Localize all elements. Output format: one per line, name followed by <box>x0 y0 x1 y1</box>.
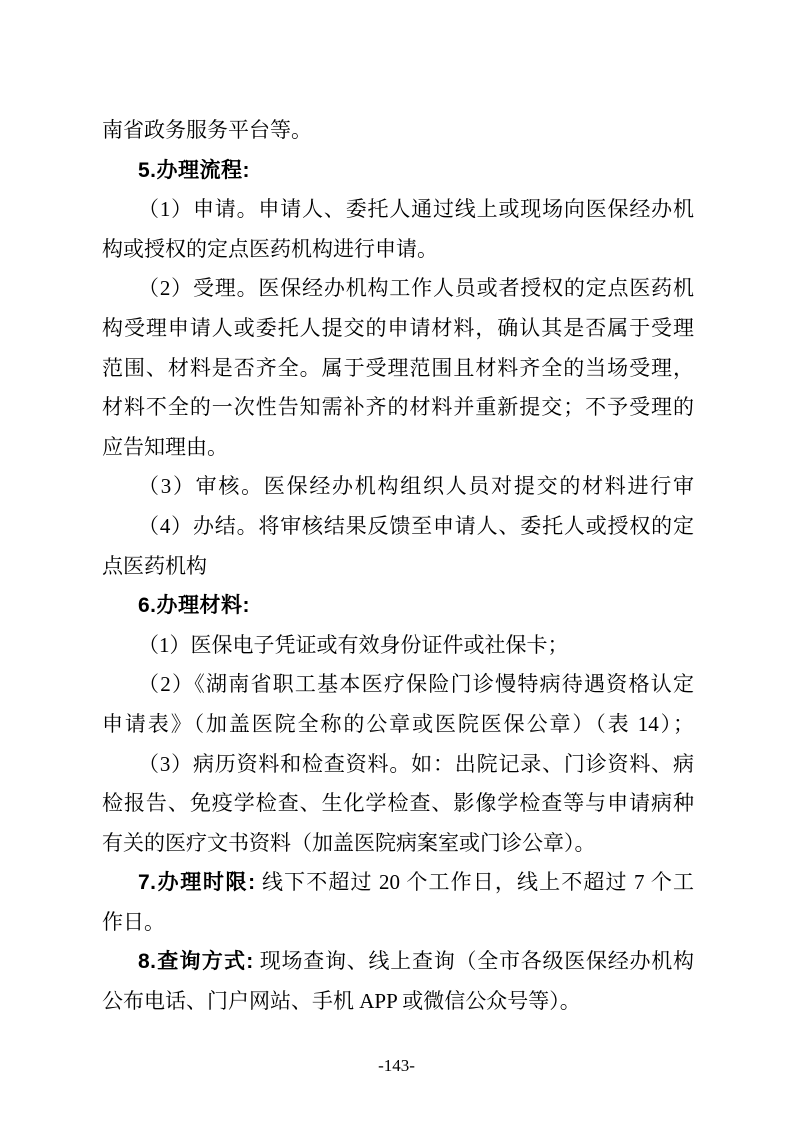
body-text: （3）病历资料和检查资料。如：出院记录、门诊资料、病 <box>138 752 694 776</box>
bold-label-text: 8.查询方式: <box>138 950 254 973</box>
bold-label-text: 6.办理材料: <box>138 594 250 617</box>
body-text: 作日。 <box>102 910 165 934</box>
body-text: 南省政务服务平台等。 <box>102 118 312 142</box>
body-text: （4）办结。将审核结果反馈至申请人、委托人或授权的定 <box>138 514 694 538</box>
body-text: 线下不超过 20 个工作日，线上不超过 7 个工 <box>256 870 694 894</box>
text-line: （2）受理。医保经办机构工作人员或者授权的定点医药机 <box>102 269 694 309</box>
section-heading-line: 5.办理流程: <box>102 151 694 191</box>
text-line: （1）医保电子凭证或有效身份证件或社保卡； <box>102 626 694 666</box>
text-line: 7.办理时限: 线下不超过 20 个工作日，线上不超过 7 个工 <box>102 863 694 903</box>
body-text: 点医药机构 <box>102 554 207 578</box>
body-text: 构受理申请人或委托人提交的申请材料，确认其是否属于受理 <box>102 316 694 340</box>
text-line: 点医药机构 <box>102 547 694 587</box>
body-text: 构或授权的定点医药机构进行申请。 <box>102 237 438 261</box>
body-text: （2）受理。医保经办机构工作人员或者授权的定点医药机 <box>138 276 694 300</box>
body-text: （1）申请。申请人、委托人通过线上或现场向医保经办机 <box>138 197 694 221</box>
page-number: -143- <box>378 1056 415 1075</box>
text-line: 公布电话、门户网站、手机 APP 或微信公众号等）。 <box>102 982 694 1022</box>
text-line: （1）申请。申请人、委托人通过线上或现场向医保经办机 <box>102 190 694 230</box>
body-text: 公布电话、门户网站、手机 APP 或微信公众号等）。 <box>102 989 581 1013</box>
text-line: 构受理申请人或委托人提交的申请材料，确认其是否属于受理 <box>102 309 694 349</box>
body-text: 范围、材料是否齐全。属于受理范围且材料齐全的当场受理， <box>102 356 694 380</box>
body-text: 现场查询、线上查询（全市各级医保经办机构 <box>254 949 694 973</box>
body-text: 检报告、免疫学检查、生化学检查、影像学检查等与申请病种 <box>102 791 694 815</box>
text-line: （3）审核。医保经办机构组织人员对提交的材料进行审核。 <box>102 467 694 507</box>
text-line: 8.查询方式: 现场查询、线上查询（全市各级医保经办机构 <box>102 942 694 982</box>
text-line: 范围、材料是否齐全。属于受理范围且材料齐全的当场受理， <box>102 349 694 389</box>
text-line: 南省政务服务平台等。 <box>102 111 694 151</box>
text-line: （2）《湖南省职工基本医疗保险门诊慢特病待遇资格认定 <box>102 665 694 705</box>
section-heading-line: 6.办理材料: <box>102 586 694 626</box>
body-text: （2）《湖南省职工基本医疗保险门诊慢特病待遇资格认定 <box>138 672 694 696</box>
bold-label-text: 7.办理时限: <box>138 871 256 894</box>
page-footer: -143- <box>0 1054 793 1078</box>
document-body: 南省政务服务平台等。5.办理流程:（1）申请。申请人、委托人通过线上或现场向医保… <box>102 111 694 1022</box>
text-line: 作日。 <box>102 903 694 943</box>
text-line: 构或授权的定点医药机构进行申请。 <box>102 230 694 270</box>
bold-label-text: 5.办理流程: <box>138 159 250 182</box>
body-text: 材料不全的一次性告知需补齐的材料并重新提交；不予受理的 <box>102 395 694 419</box>
document-page: 南省政务服务平台等。5.办理流程:（1）申请。申请人、委托人通过线上或现场向医保… <box>0 0 793 1122</box>
text-line: （3）病历资料和检查资料。如：出院记录、门诊资料、病 <box>102 745 694 785</box>
body-text: （3）审核。医保经办机构组织人员对提交的材料进行审核。 <box>138 474 694 507</box>
text-line: （4）办结。将审核结果反馈至申请人、委托人或授权的定 <box>102 507 694 547</box>
body-text: （1）医保电子凭证或有效身份证件或社保卡； <box>138 633 569 657</box>
body-text: 应告知理由。 <box>102 435 228 459</box>
text-line: 有关的医疗文书资料（加盖医院病案室或门诊公章）。 <box>102 824 694 864</box>
body-text: 申请表》（加盖医院全称的公章或医院医保公章）（表 14）； <box>102 712 694 736</box>
text-line: 检报告、免疫学检查、生化学检查、影像学检查等与申请病种 <box>102 784 694 824</box>
body-text: 有关的医疗文书资料（加盖医院病案室或门诊公章）。 <box>102 831 596 855</box>
text-line: 申请表》（加盖医院全称的公章或医院医保公章）（表 14）； <box>102 705 694 745</box>
text-line: 材料不全的一次性告知需补齐的材料并重新提交；不予受理的 <box>102 388 694 428</box>
text-line: 应告知理由。 <box>102 428 694 468</box>
